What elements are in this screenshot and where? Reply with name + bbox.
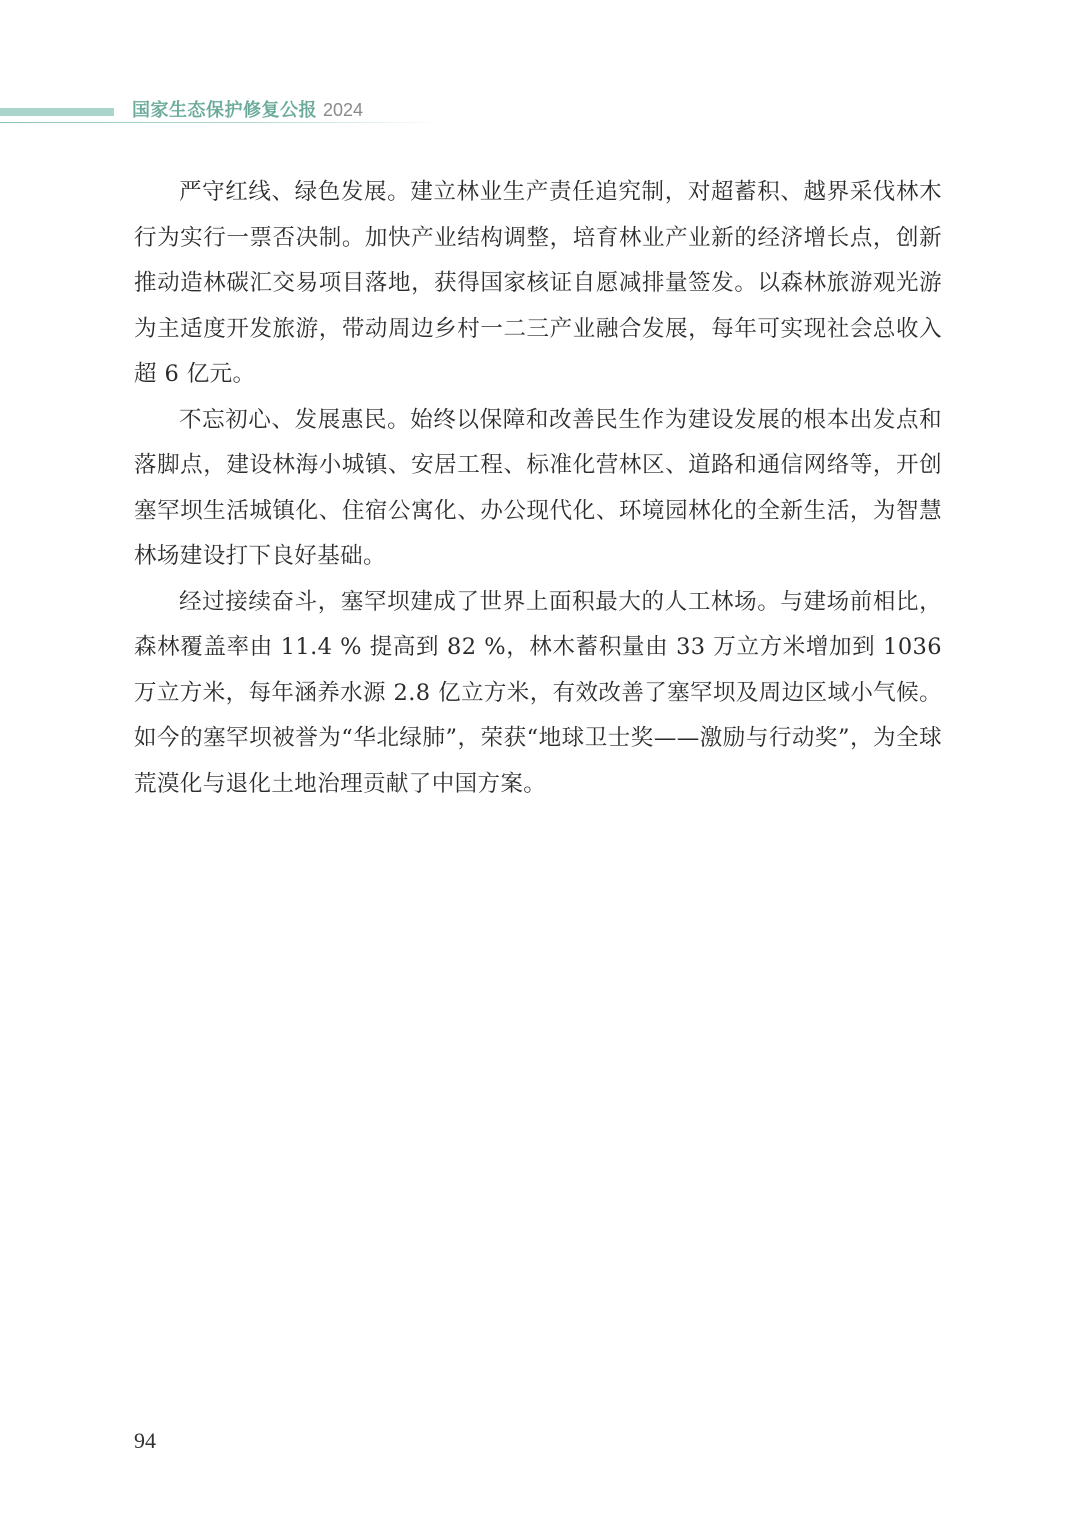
paragraph-red-line-green-development: 严守红线、绿色发展。建立林业生产责任追究制，对超蓄积、越界采伐林木行为实行一票否… (134, 170, 942, 398)
body-text: 严守红线、绿色发展。建立林业生产责任追究制，对超蓄积、越界采伐林木行为实行一票否… (134, 170, 942, 807)
page-header: 国家生态保护修复公报2024 (0, 96, 460, 128)
publication-title-text: 国家生态保护修复公报 (132, 100, 317, 121)
paragraph-achievements: 经过接续奋斗，塞罕坝建成了世界上面积最大的人工林场。与建场前相比，森林覆盖率由 … (134, 580, 942, 808)
publication-title: 国家生态保护修复公报2024 (132, 98, 363, 123)
publication-year: 2024 (323, 100, 363, 120)
page-number: 94 (134, 1428, 156, 1454)
header-accent-bar (0, 108, 114, 116)
paragraph-benefit-people: 不忘初心、发展惠民。始终以保障和改善民生作为建设发展的根本出发点和落脚点，建设林… (134, 398, 942, 580)
